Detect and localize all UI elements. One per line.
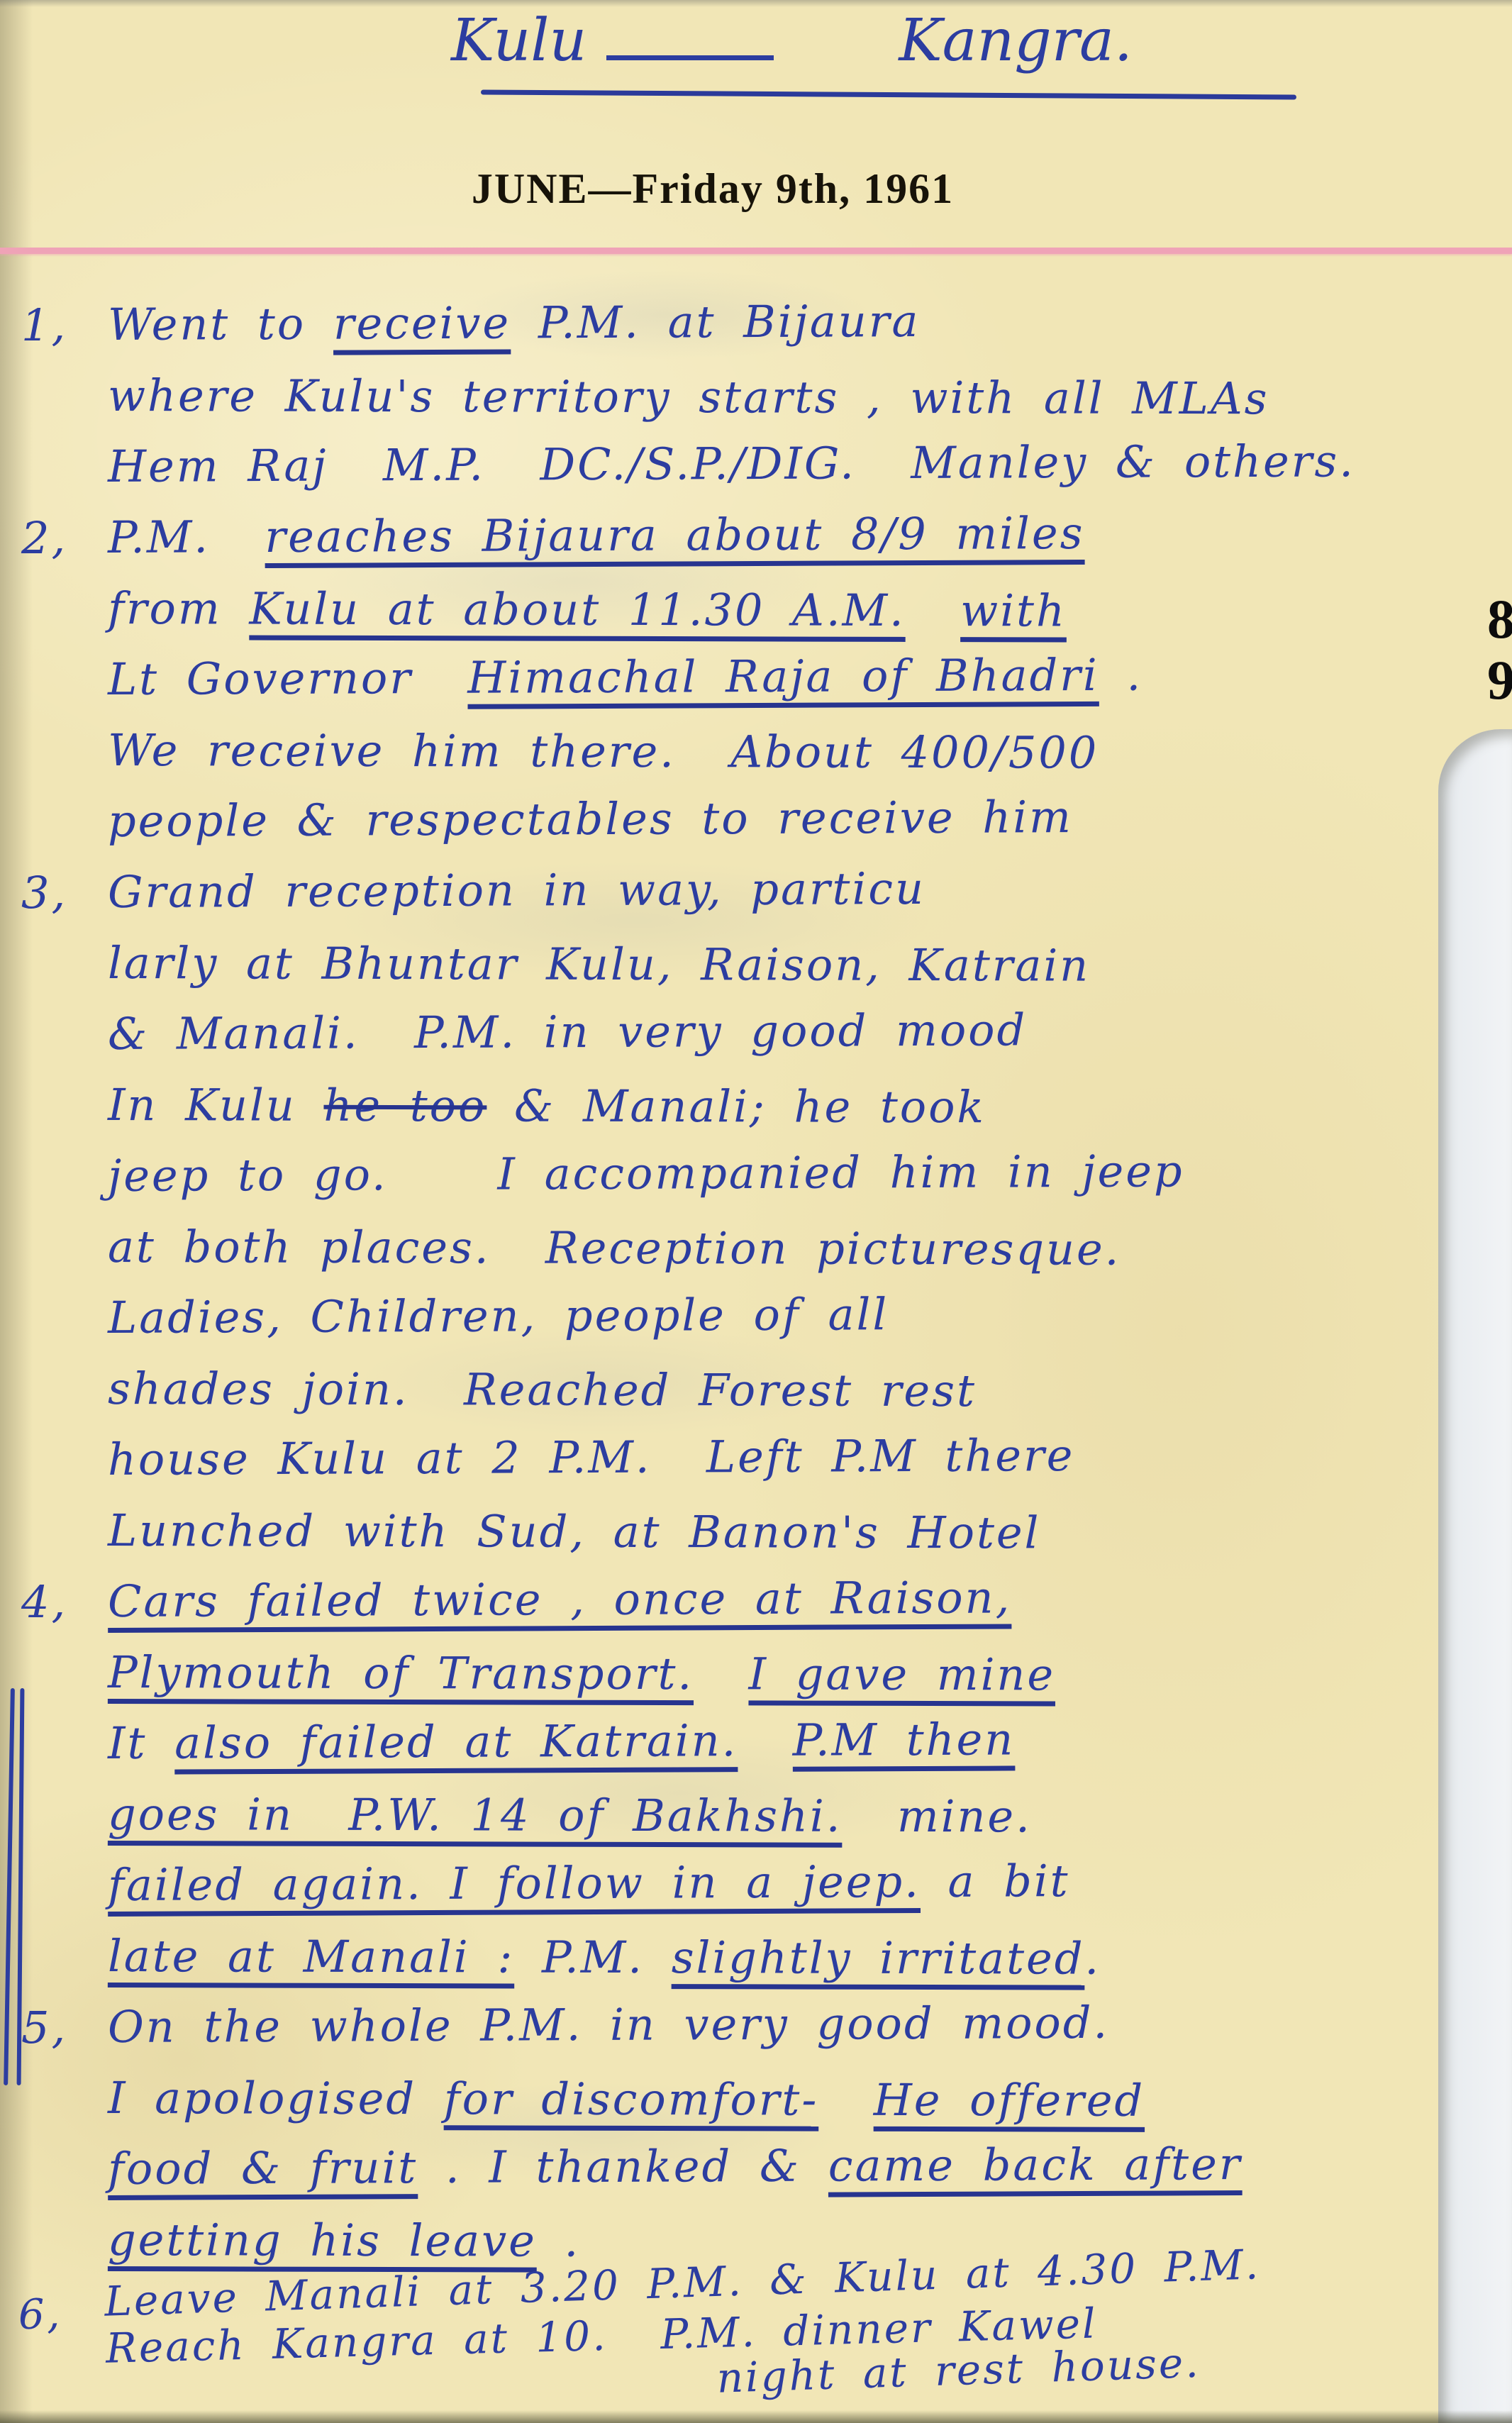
phrase: . I thanked & <box>418 2140 828 2194</box>
diary-line: where Kulu's territory starts , with all… <box>108 360 1447 435</box>
underlined-phrase: food & fruit <box>108 2141 418 2195</box>
diary-line: shades join. Reached Forest rest <box>108 1353 1447 1428</box>
phrase: In Kulu <box>108 1079 324 1131</box>
diary-line: I apologised for discomfort- He offered <box>108 2063 1447 2137</box>
phrase: at both places. Reception picturesque. <box>108 1221 1121 1275</box>
phrase: Grand reception in way, particu <box>108 863 925 918</box>
title-underline-stroke <box>481 89 1296 99</box>
diary-line: people & respectables to receive him <box>108 780 1447 857</box>
phrase: & Manali. P.M. in very good mood <box>108 1004 1028 1060</box>
diary-line: Hem Raj M.P. DC./S.P./DIG. Manley & othe… <box>108 426 1447 502</box>
phrase: from <box>108 582 250 635</box>
entry-number: 4, <box>21 1576 67 1628</box>
phrase <box>818 2074 874 2126</box>
phrase: P.M. at Bijaura <box>511 295 920 349</box>
diary-line: It also failed at Katrain. P.M then <box>108 1702 1447 1779</box>
underlined-phrase: for discomfort- <box>444 2073 819 2125</box>
diary-line: On the whole P.M. in very good mood. <box>108 1986 1447 2063</box>
diary-line: larly at Bhuntar Kulu, Raison, Katrain <box>108 928 1447 1002</box>
underlined-phrase: with <box>960 584 1067 636</box>
diary-line: house Kulu at 2 P.M. Left P.M there <box>108 1419 1447 1495</box>
phrase: We receive him there. About 400/500 <box>108 724 1099 779</box>
edge-page-number-8: 8 <box>1487 589 1512 650</box>
underlined-phrase: receive <box>333 297 511 350</box>
underlined-phrase: Kulu at about 11.30 A.M. <box>249 583 906 636</box>
underlined-phrase: failed again. I follow in a jeep. <box>108 1856 921 1911</box>
diary-line: Ladies, Children, people of all <box>108 1277 1447 1353</box>
underlined-phrase: also failed at Katrain. <box>174 1714 738 1768</box>
printed-date-header: JUNE—Friday 9th, 1961 <box>0 165 1425 214</box>
phrase: Hem Raj M.P. DC./S.P./DIG. Manley & othe… <box>108 435 1355 492</box>
diary-line: jeep to go. I accompanied him in jeep <box>108 1135 1447 1211</box>
underlined-phrase: Himachal Raja of Bhadri <box>467 649 1099 704</box>
diary-line: failed again. I follow in a jeep. a bit <box>108 1844 1447 1921</box>
diary-line: Went to receive P.M. at Bijaura <box>108 284 1447 360</box>
diary-line: P.M. reaches Bijaura about 8/9 miles <box>108 497 1447 573</box>
diary-line: & Manali. P.M. in very good mood <box>108 993 1447 1070</box>
title-right: Kangra. <box>899 7 1133 74</box>
entry-number: 5, <box>21 2002 67 2053</box>
phrase: P.M. <box>514 1931 672 1984</box>
diary-line: We receive him there. About 400/500 <box>108 715 1447 789</box>
diary-line: Cars failed twice , once at Raison, <box>108 1560 1447 1637</box>
diary-line: Lt Governor Himachal Raja of Bhadri . <box>108 638 1447 715</box>
edge-page-numbers: 8 9 <box>1487 589 1512 711</box>
underlined-phrase: goes in P.W. 14 of Bakhshi. <box>108 1788 843 1842</box>
phrase: . <box>537 2215 581 2267</box>
handwritten-title: Kulu—Kangra. <box>451 7 1133 74</box>
diary-entry: 1,Went to receive P.M. at Bijaurawhere K… <box>0 289 1447 502</box>
page-top-edge <box>0 0 1512 7</box>
entry-number: 2, <box>21 512 67 564</box>
phrase: & Manali; he took <box>487 1080 986 1133</box>
phrase <box>738 1714 793 1766</box>
phrase: Went to <box>108 298 333 350</box>
diary-entry: 2,P.M. reaches Bijaura about 8/9 milesfr… <box>0 502 1447 857</box>
underlined-phrase: reaches Bijaura about 8/9 miles <box>265 507 1084 562</box>
phrase: where Kulu's territory starts , with all… <box>108 370 1269 424</box>
phrase: Lunched with Sud, at Banon's Hotel <box>108 1504 1041 1558</box>
phrase: P.M. <box>108 511 265 563</box>
phrase <box>694 1648 749 1700</box>
phrase: mine. <box>842 1790 1032 1843</box>
phrase: a bit <box>921 1855 1070 1907</box>
entry-number: 6, <box>18 2290 62 2339</box>
diary-entry: 4,Cars failed twice , once at Raison,Ply… <box>0 1566 1447 1992</box>
title-left: Kulu <box>451 7 587 74</box>
diary-line: goes in P.W. 14 of Bakhshi. mine. <box>108 1779 1447 1853</box>
diary-line: Plymouth of Transport. I gave mine <box>108 1637 1447 1712</box>
underlined-phrase: He offered <box>874 2074 1145 2127</box>
phrase: Ladies, Children, people of all <box>108 1288 889 1343</box>
page-bottom-edge <box>0 2410 1512 2423</box>
phrase: I apologised <box>108 2072 444 2124</box>
diary-line: late at Manali : P.M. slightly irritated… <box>108 1921 1447 1995</box>
phrase: . <box>1099 649 1143 701</box>
diary-entry: 3,Grand reception in way, particularly a… <box>0 857 1447 1566</box>
diary-entry: 5,On the whole P.M. in very good mood.I … <box>0 1992 1447 2275</box>
phrase: Lt Governor <box>108 652 468 705</box>
diary-line: at both places. Reception picturesque. <box>108 1211 1447 1286</box>
underlined-phrase: Cars failed twice , once at Raison, <box>108 1571 1012 1627</box>
underlined-phrase: Plymouth of Transport. <box>108 1646 694 1700</box>
phrase: It <box>108 1717 174 1769</box>
diary-line: Grand reception in way, particu <box>108 851 1447 928</box>
phrase: house Kulu at 2 P.M. Left P.M there <box>108 1429 1075 1485</box>
pink-rule <box>0 248 1512 254</box>
entry-number: 3, <box>21 867 67 919</box>
underlined-phrase: slightly irritated <box>672 1931 1085 1985</box>
phrase: jeep to go. I accompanied him in jeep <box>108 1145 1184 1202</box>
phrase: On the whole P.M. in very good mood. <box>108 1997 1109 2053</box>
struck-phrase: he too <box>323 1080 487 1132</box>
underlined-phrase: late at Manali : <box>108 1930 514 1983</box>
entry-number: 1, <box>21 299 67 351</box>
edge-page-number-9: 9 <box>1487 650 1512 711</box>
diary-line: from Kulu at about 11.30 A.M. with <box>108 573 1447 648</box>
diary-body: 1,Went to receive P.M. at Bijaurawhere K… <box>0 289 1447 2422</box>
diary-line: food & fruit . I thanked & came back aft… <box>108 2128 1447 2205</box>
diary-page: Kulu—Kangra. JUNE—Friday 9th, 1961 8 9 1… <box>0 0 1512 2423</box>
title-dash-stroke: — <box>606 24 774 60</box>
diary-line: Lunched with Sud, at Banon's Hotel <box>108 1495 1447 1570</box>
phrase <box>906 584 961 636</box>
phrase: . <box>1084 1933 1101 1985</box>
underlined-phrase: getting his leave <box>108 2214 537 2267</box>
underlined-phrase: came back after <box>828 2138 1243 2192</box>
phrase: larly at Bhuntar Kulu, Raison, Katrain <box>108 937 1090 992</box>
underlined-phrase: I gave mine <box>748 1648 1055 1700</box>
diary-line: In Kulu he too & Manali; he took <box>108 1070 1447 1144</box>
under-page-curl <box>1438 729 1512 2423</box>
phrase: shades join. Reached Forest rest <box>108 1363 977 1416</box>
phrase: people & respectables to receive him <box>108 791 1073 847</box>
underlined-phrase: P.M then <box>793 1713 1016 1765</box>
